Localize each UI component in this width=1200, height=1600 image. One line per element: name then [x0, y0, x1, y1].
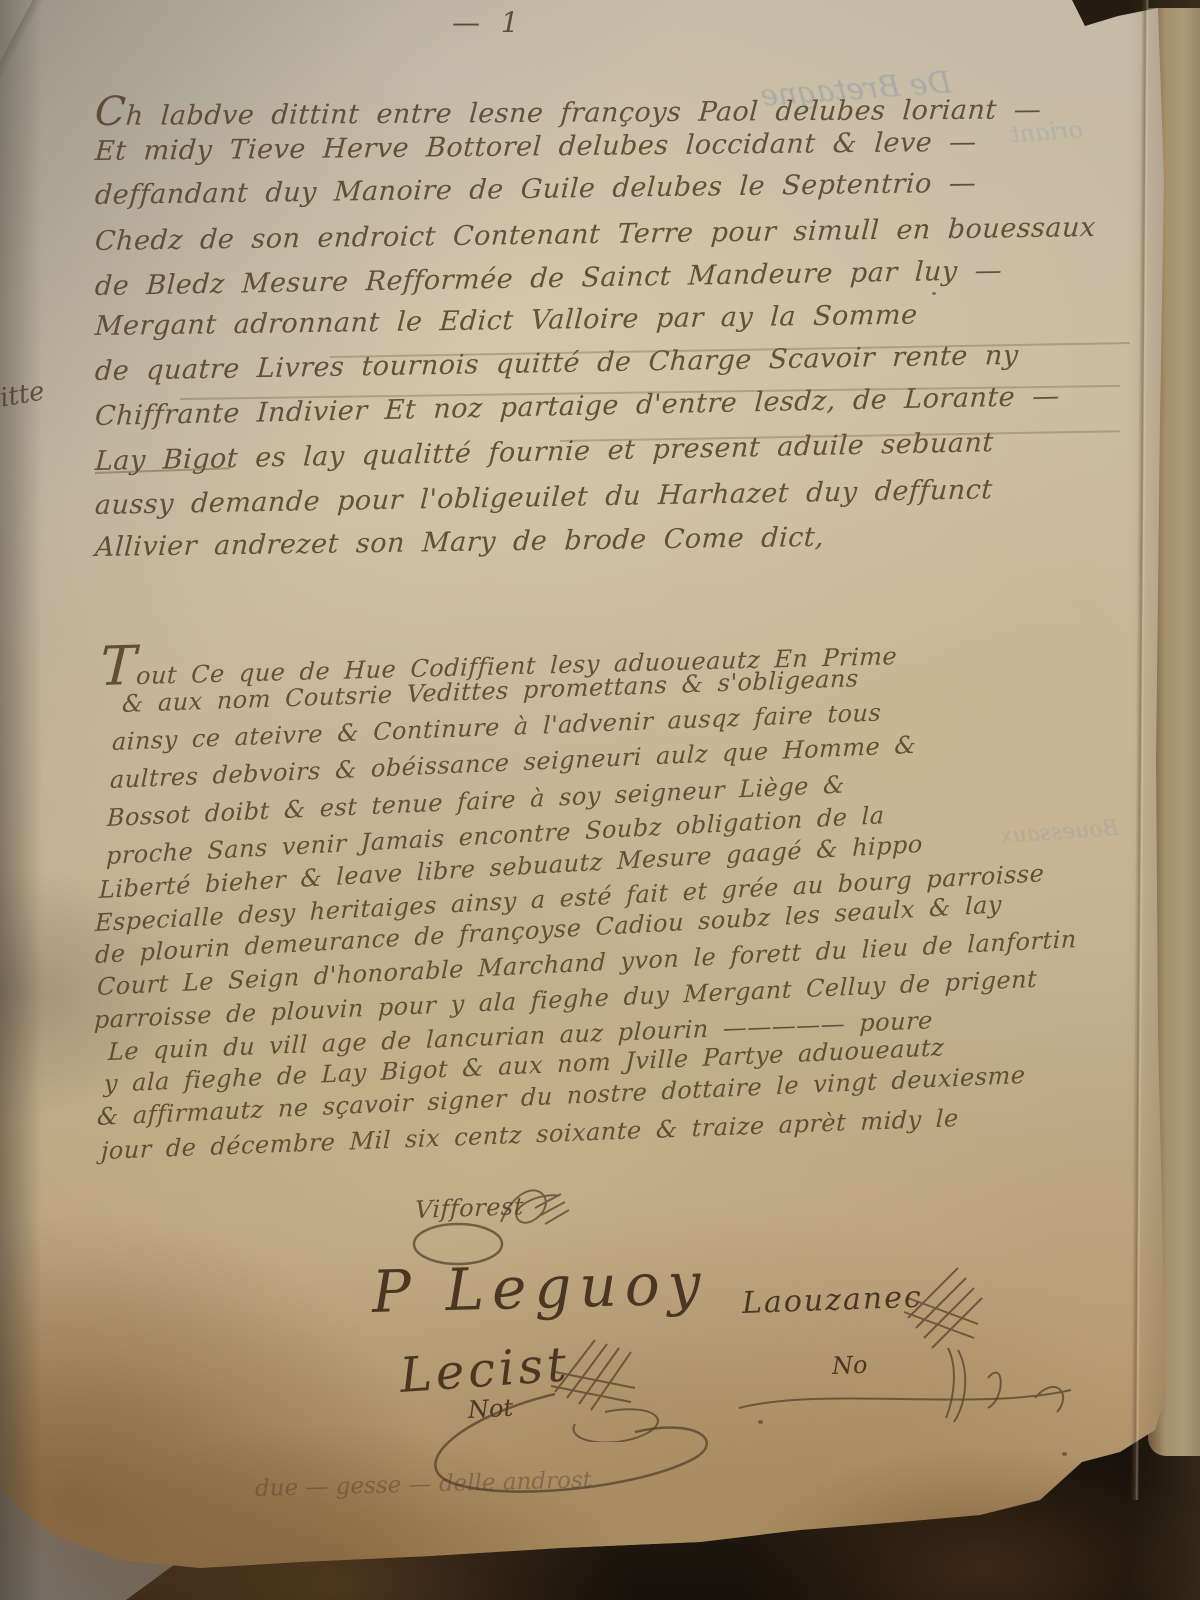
signature-laouzanec: Laouzanec: [741, 1280, 923, 1321]
signature-lecist-title: Not: [467, 1394, 513, 1424]
manuscript-scan: — 1 De Bretagne oriant Bouessaux itte Ch…: [0, 0, 1200, 1600]
ink-spot: [758, 1420, 763, 1424]
closing-word: Vifforest: [415, 1192, 525, 1224]
manuscript-line: Ch labdve dittint entre lesne françoys P…: [94, 85, 1043, 132]
signature-leguoy: P Leguoy: [371, 1249, 709, 1326]
ink-spot: [932, 292, 936, 295]
signature-laouzanec-title: No: [832, 1351, 868, 1380]
folio-number: — 1: [452, 6, 525, 39]
signature-lecist: Lecist: [398, 1336, 572, 1404]
ink-spot: [1062, 1452, 1067, 1456]
